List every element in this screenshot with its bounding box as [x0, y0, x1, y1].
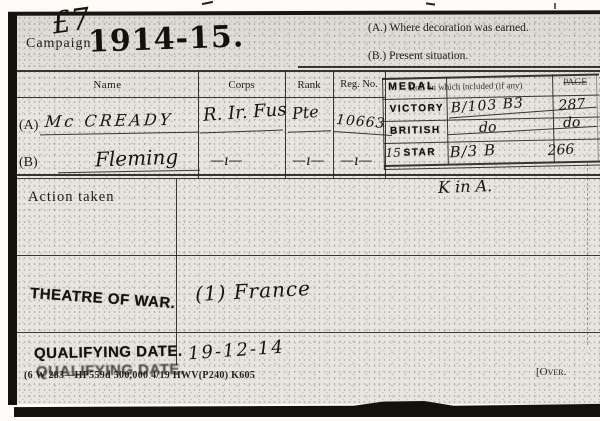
scan-artifact — [202, 1, 213, 5]
scanned-medal-index-card: £7 Campaign 1914-15. (A.) Where decorati… — [0, 0, 600, 421]
row-b-rank: —ı— — [292, 153, 324, 169]
killed-in-action-note: K in A. — [438, 176, 493, 197]
rule-line — [17, 332, 600, 333]
note-present-situation: (B.) Present situation. — [368, 50, 468, 62]
row-b-reg-no: —ı— — [340, 153, 372, 169]
rule-line — [17, 255, 600, 256]
column-header-reg-no: Reg. No. — [333, 79, 385, 90]
campaign-label: Campaign — [26, 36, 92, 52]
scan-artifact — [426, 2, 435, 5]
column-header-corps: Corps — [198, 79, 285, 91]
campaign-title: 1914-15. — [87, 19, 244, 59]
row-a-rank: Pte — [291, 102, 319, 123]
form-print-code: (6 W 283—HP559d 500,000 4/19 HWV(P240) K… — [24, 370, 255, 381]
column-divider — [176, 179, 177, 365]
qualifying-date-stamp: QUALIFYING DATE. — [34, 343, 183, 363]
rule-line — [17, 174, 600, 176]
row-a-name: Mc CREADY — [44, 110, 174, 131]
row-b-name: Fleming — [95, 145, 179, 172]
row-b-prefix: (B) — [19, 155, 38, 171]
medal-victory-label: VICTORY — [390, 103, 445, 115]
scan-artifact — [554, 3, 556, 9]
row-b-corps: —ı— — [210, 153, 242, 169]
star-page-value: 266 — [547, 142, 575, 159]
rule-line — [298, 66, 600, 68]
star-prefix-value: 15 — [385, 146, 401, 160]
card-left-edge — [8, 13, 17, 405]
column-header-rank: Rank — [285, 79, 333, 91]
over-note: [Over. — [536, 366, 566, 378]
row-a-prefix: (A) — [19, 118, 38, 134]
column-header-name: Name — [17, 79, 198, 91]
action-taken-label: Action taken — [28, 189, 115, 206]
roll-column-header: Roll on which included (if any) — [409, 79, 559, 92]
page-column-header: PAGE — [563, 78, 587, 88]
rule-line — [17, 178, 600, 179]
medal-roll-table: MEDAL Roll on which included (if any) PA… — [382, 69, 600, 176]
victory-page-value: 287 — [558, 96, 586, 114]
star-roll-value: B/3 B — [449, 141, 496, 162]
medal-star-label: STAR — [403, 147, 436, 159]
scan-fold-line — [587, 163, 588, 345]
note-where-earned: (A.) Where decoration was earned. — [368, 22, 529, 34]
medal-british-label: BRITISH — [390, 125, 441, 137]
table-line — [17, 97, 385, 98]
